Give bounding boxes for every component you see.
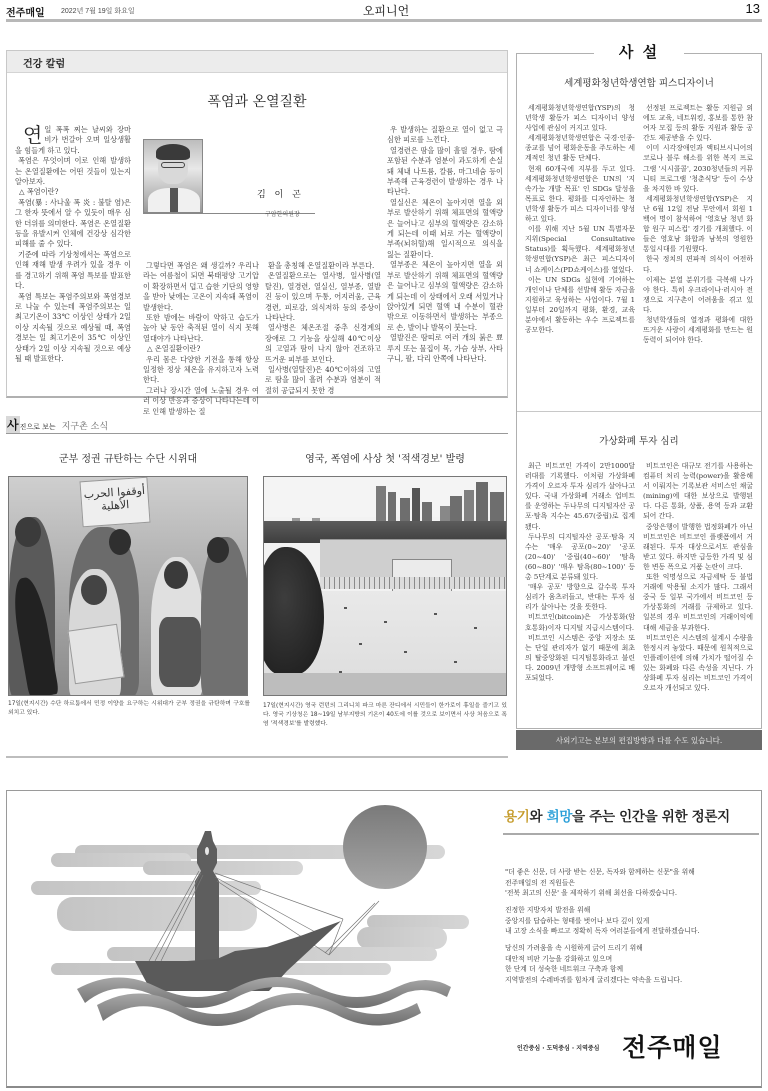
header-initial: 사 — [6, 416, 20, 433]
protest-sign — [67, 624, 124, 684]
ship-illustration — [7, 791, 497, 1087]
pledge-line: 내 고장 소식을 빠르고 정확히 독자 여러분들에게 전달하겠습니다. — [505, 926, 761, 937]
slogan-text: 을 주는 인간을 위한 정론지 — [572, 809, 730, 825]
editorial-1-column-1: 세계평화청년학생연합(YSP)의 청년학생 활동가 피스 디자이너 양성 사업에… — [525, 103, 635, 335]
photo-title: 영국, 폭염에 사상 첫 '적색경보' 발령 — [263, 450, 507, 465]
paragraph: 또한 익명성으로 자금세탁 등 불법 거래에 악용될 소지가 많다. 그래서 중… — [643, 572, 753, 633]
editorial-title: 가상화폐 투자 심리 — [517, 433, 761, 447]
london-heatwave-photo — [263, 476, 507, 696]
paragraph: 기준에 따라 기상청에서는 폭염으로 인해 재해 발생 우려가 있을 경우 이를… — [15, 250, 131, 292]
issue-date: 2022년 7월 19일 화요일 — [61, 6, 135, 16]
dropcap: 연 — [23, 125, 42, 145]
slogan-courage: 용기 — [504, 809, 529, 825]
slogan-hope: 희망 — [547, 809, 572, 825]
page-number: 13 — [746, 1, 760, 16]
paper-name: 전주매일 — [6, 4, 45, 19]
article-column-1: 연 일 폭폭 찌는 날씨와 장마 비가 번갈아 오며 일상생활을 힘들게 하고 … — [15, 125, 131, 364]
health-column: 건강 칼럼 폭염과 온열질환 연 일 폭폭 찌는 날씨와 장마 비가 번갈아 오… — [6, 50, 508, 398]
pledge-line: 지역발전의 수레바퀴를 힘차게 굴리겠다는 약속을 드립니다. — [505, 975, 761, 986]
disclaimer-notice: 사외기고는 본보의 편집방향과 다를 수도 있습니다. — [516, 730, 762, 750]
editorial-2-column-2: 비트코인은 대규모 전기를 사용하는 컴퓨터 처리 능력(power)을 활용해… — [643, 461, 753, 693]
author-role: 구암한의원장 — [265, 209, 300, 218]
pledge-paragraph-1: "더 좋은 신문, 더 사랑 받는 신문, 독자와 함께하는 신문"을 위해 전… — [505, 867, 761, 899]
paragraph: 이를 위해 지난 5월 UN 특별자문 지위(Special Consultat… — [525, 224, 635, 274]
paragraph: 열실신은 체온이 높아지면 열을 외부로 발산하기 위해 체표면의 혈액량은 늘… — [387, 198, 503, 260]
editorial-divider — [517, 411, 761, 412]
subheading: △ 온열질환이란? — [143, 344, 259, 354]
paragraph: 세계평화청년학생연합(YSP)의 청년학생 활동가 피스 디자이너 양성 사업에… — [525, 103, 635, 133]
section-title: 오피니언 — [246, 2, 526, 19]
editorial-2-column-1: 최근 비트코인 가격이 2만1000달러대를 기록했다. 이처럼 가상화폐 가격… — [525, 461, 635, 683]
paragraph: 이는 UN SDGs 실현에 기여하는 개인이나 단체를 선발해 활동 자금을 … — [525, 275, 635, 336]
article-title: 폭염과 온열질환 — [7, 91, 507, 111]
paragraph: '매우 공포' 방향으로 갈수록 투자 심리가 움츠러들고, 반대는 투자 심리… — [525, 582, 635, 612]
paragraph: 우리 몸은 다양한 기전을 통해 항상 일정한 정상 체온을 유지하고자 노력한… — [143, 355, 259, 386]
article-column-3: 환을 총칭해 온열질환이라 부른다. 온열질환으로는 열사병, 일사병(열탈진)… — [265, 261, 381, 396]
author-portrait — [143, 139, 203, 213]
editorial-title: 세계평화청년학생연합 피스디자이너 — [517, 75, 761, 89]
paragraph: 열경련은 땀을 많이 흘릴 경우, 땀에 포함된 수분과 염분이 과도하게 손실… — [387, 146, 503, 198]
paragraph: 이제는 분열 분위기를 극복해 나가야 한다. 특히 우크라이나·러시아 전쟁으… — [643, 275, 753, 315]
paragraph: 청년학생들의 열정과 평화에 대한 뜨거운 사랑이 세계평화를 만드는 원동력이… — [643, 315, 753, 345]
pledge-line: 진정한 지방자치 발전을 위해 — [505, 905, 761, 916]
paragraph: 세계평화청년학생연합은 국경·인종·종교를 넘어 평화운동을 주도하는 세계적인… — [525, 133, 635, 163]
paragraph: 폭염 특보는 폭염주의보와 폭염경보로 나눌 수 있는데 폭염주의보는 일 최고… — [15, 292, 131, 365]
sudan-protest-photo: أوقفوا الحرب الأهلية — [8, 476, 248, 696]
slogan-divider — [503, 833, 759, 835]
paragraph: 이미 시각장애인과 액티브시니어의 코로나 블루 해소를 위한 복지 프로그램 … — [643, 143, 753, 193]
photo-title: 군부 정권 규탄하는 수단 시위대 — [8, 450, 248, 465]
pledge-line: 당신의 가려움을 속 시원하게 긁어 드리기 위해 — [505, 943, 761, 954]
paragraph: 중앙은행이 발행한 법정화폐가 아닌 비트코인은 비트코인 플랫폼에서 거래된다… — [643, 522, 753, 572]
editorial-1-column-2: 선정된 프로젝트는 활동 지원금 외에도 교육, 네트워킹, 홍보를 통한 참여… — [643, 103, 753, 345]
paragraph: 두나무의 디지털자산 공포·탐욕 지수는 '매우 공포(0~20)' '공포(2… — [525, 532, 635, 582]
paragraph: 세계평화청년학생연합(YSP)은 지난 6월 12일 전남 무안에서 회원 1백… — [643, 194, 753, 255]
paragraph: 열사병은 체온조절 중추 신경계의 장애로 그 기능을 상실해 40℃이상의 고… — [265, 323, 381, 365]
paragraph: 일사병(열탈진)은 40℃이하의 고열로 땀을 많이 흘려 수분과 염분이 적절… — [265, 365, 381, 396]
section-divider — [6, 756, 508, 758]
photo-news-header: 사진으로 보는 지구촌 소식 — [6, 414, 508, 434]
pledge-line: 대안적 비판 기능을 강화하고 있으며 — [505, 954, 761, 965]
paragraph: 선정된 프로젝트는 활동 지원금 외에도 교육, 네트워킹, 홍보를 통한 참여… — [643, 103, 753, 143]
editorial-section: 사 설 세계평화청년학생연합 피스디자이너 세계평화청년학생연합(YSP)의 청… — [516, 53, 762, 729]
paragraph: 비트코인은 시스템의 설계시 수량을 한정시켜 놓았다. 때문에 원칙적으로 인… — [643, 633, 753, 694]
article-column-4: 우 발생하는 질환으로 열이 없고 극심한 피로를 느낀다. 열경련은 땀을 많… — [387, 125, 503, 364]
paragraph: 그렇다면 폭염은 왜 생길까? 우리나라는 여름철이 되면 북태평양 고기압이 … — [143, 261, 259, 313]
column-label: 건강 칼럼 — [7, 51, 507, 73]
paragraph: 열부종은 체온이 높아지면 열을 외부로 발산하기 위해 체표면의 혈액량은 늘… — [387, 260, 503, 333]
paragraph: 온열질환으로는 열사병, 일사병(열탈진), 열경련, 열실신, 열부종, 열발… — [265, 271, 381, 323]
newspaper-slogan-ad: 용기와 희망을 주는 인간을 위한 정론지 "더 좋은 신문, 더 사랑 받는 … — [6, 790, 762, 1088]
pledge-line: "더 좋은 신문, 더 사랑 받는 신문, 독자와 함께하는 신문"을 위해 — [505, 867, 761, 878]
pledge-paragraph-2: 진정한 지방자치 발전을 위해 중앙지를 답습하는 형태를 벗어나 보다 깊이 … — [505, 905, 761, 937]
paragraph: 비트코인(bitcoin)은 가상통화(암호통화)이자 디지털 지급시스템이다. — [525, 612, 635, 632]
pledge-paragraph-3: 당신의 가려움을 속 시원하게 긁어 드리기 위해 대안적 비판 기능을 강화하… — [505, 943, 761, 985]
pledge-line: 한 단계 더 성숙한 네트워크 구축과 함께 — [505, 964, 761, 975]
pledge-line: '전북 최고의 신문' 을 제작하기 위해 최선을 다하겠습니다. — [505, 888, 761, 899]
masthead: 전주매일 2022년 7월 19일 화요일 오피니언 13 — [6, 0, 762, 22]
brand-logo: 전주매일 — [622, 1028, 723, 1064]
slogan-headline: 용기와 희망을 주는 인간을 위한 정론지 — [504, 805, 730, 825]
paragraph: 우 발생하는 질환으로 열이 없고 극심한 피로를 느낀다. — [387, 125, 503, 146]
editorial-heading: 사 설 — [517, 41, 761, 62]
paragraph: 한국 정치의 편파적 의식이 여전하다. — [643, 254, 753, 274]
paragraph: 최근 비트코인 가격이 2만1000달러대를 기록했다. 이처럼 가상화폐 가격… — [525, 461, 635, 532]
subheading: △ 폭염이란? — [15, 187, 131, 197]
header-rest-text: 지구촌 소식 — [62, 422, 108, 432]
paragraph: 또한 밤에는 바람이 약하고 습도가 높아 낮 동안 축적된 열이 식지 못해 … — [143, 313, 259, 344]
paragraph: 열발진은 땀띠로 여러 개의 붉은 뾰루지 또는 물집이 목, 가슴 상부, 사… — [387, 333, 503, 364]
author-name: 김 이 곤 — [257, 187, 304, 200]
pledge-line: 전주매일의 전 직원들은 — [505, 878, 761, 889]
brand-tagline: 인간중심 · 도덕중심 · 지역중심 — [517, 1043, 599, 1052]
photo-caption: 17일(현지시간) 수단 하르툼에서 민정 이양을 요구하는 시위대가 군부 정… — [8, 700, 250, 718]
paragraph: 폭염(暴 : 사나울 폭 炎 : 불탈 염)은 그 한자 뜻에서 알 수 있듯이… — [15, 198, 131, 250]
paragraph: 폭염은 무엇이며 이로 인해 발생하는 온열질환에는 어떤 것들이 있는지 알아… — [15, 156, 131, 187]
paragraph: 환을 총칭해 온열질환이라 부른다. — [265, 261, 381, 271]
paragraph: 비트코인 시스템은 중앙 저장소 또는 단일 관리자가 없기 때문에 최초의 탈… — [525, 633, 635, 683]
pledge-line: 중앙지를 답습하는 형태를 벗어나 보다 깊이 있게 — [505, 916, 761, 927]
paragraph: 그러나 장시간 열에 노출될 경우 여러 이상 반응과 증상이 나타나는데 이로… — [143, 386, 259, 417]
paragraph: 비트코인은 대규모 전기를 사용하는 컴퓨터 처리 능력(power)을 활용해… — [643, 461, 753, 522]
protest-sign: أوقفوا الحرب الأهلية — [79, 477, 150, 528]
photo-caption: 17일(현지시간) 영국 런던의 그리니치 파크 마른 잔디에서 시민들이 한가… — [263, 702, 507, 729]
article-column-2: 그렇다면 폭염은 왜 생길까? 우리나라는 여름철이 되면 북태평양 고기압이 … — [143, 261, 259, 417]
paragraph: 현재 60개국에 지부를 두고 있다. 세계평화청년학생연합은 UN의 '지속가… — [525, 164, 635, 225]
header-small-text: 진으로 보는 — [20, 423, 56, 431]
slogan-text: 와 — [529, 809, 546, 825]
